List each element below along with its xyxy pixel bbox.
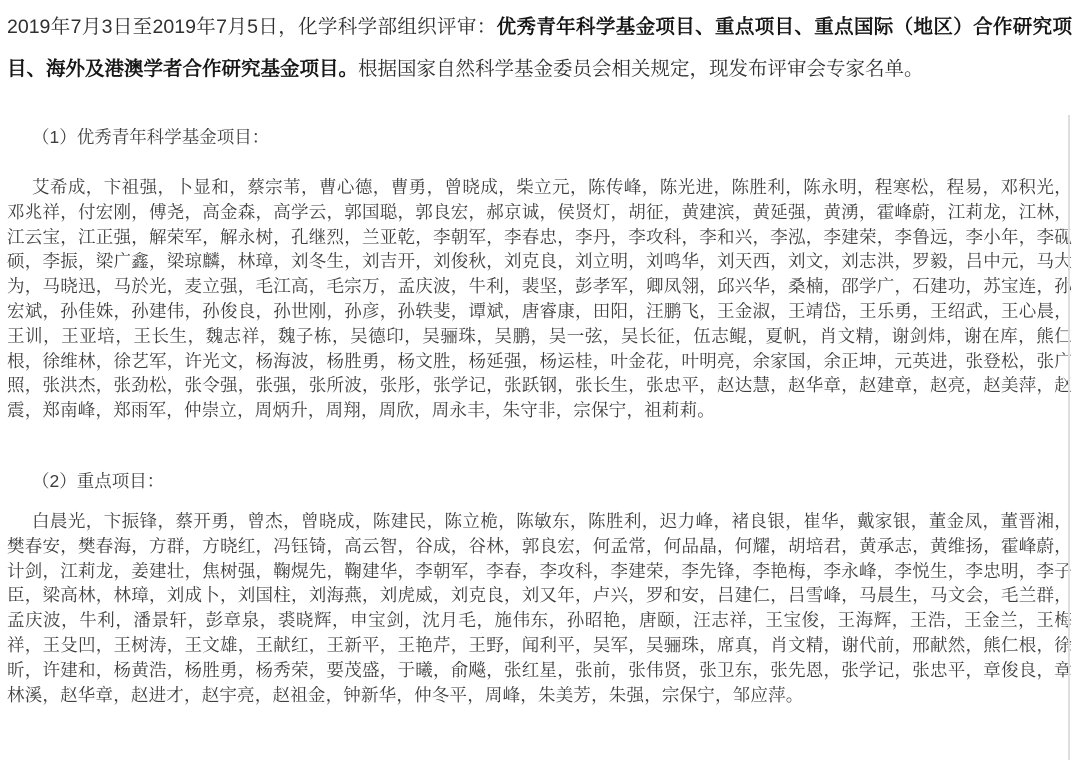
intro-suffix: 根据国家自然科学基金委员会相关规定，现发布评审会专家名单。 <box>358 58 924 80</box>
section-1-heading: （1）优秀青年科学基金项目： <box>7 125 1072 149</box>
article-body: 2019年7月3日至2019年7月5日，化学科学部组织评审：优秀青年科学基金项目… <box>0 0 1080 760</box>
intro-paragraph: 2019年7月3日至2019年7月5日，化学科学部组织评审：优秀青年科学基金项目… <box>7 6 1072 90</box>
section-1-name-list: 艾希成，卞祖强，卜显和，蔡宗苇，曹心德，曹勇，曾晓成，柴立元，陈传峰，陈光进，陈… <box>7 175 1072 423</box>
right-edge-divider <box>1068 115 1070 760</box>
intro-prefix: 2019年7月3日至2019年7月5日，化学科学部组织评审： <box>7 16 497 38</box>
section-2-heading: （2）重点项目： <box>7 469 1072 493</box>
section-2-name-list: 白晨光，卞振锋，蔡开勇，曾杰，曾晓成，陈建民，陈立桅，陈敏东，陈胜利，迟力峰，褚… <box>7 509 1072 707</box>
